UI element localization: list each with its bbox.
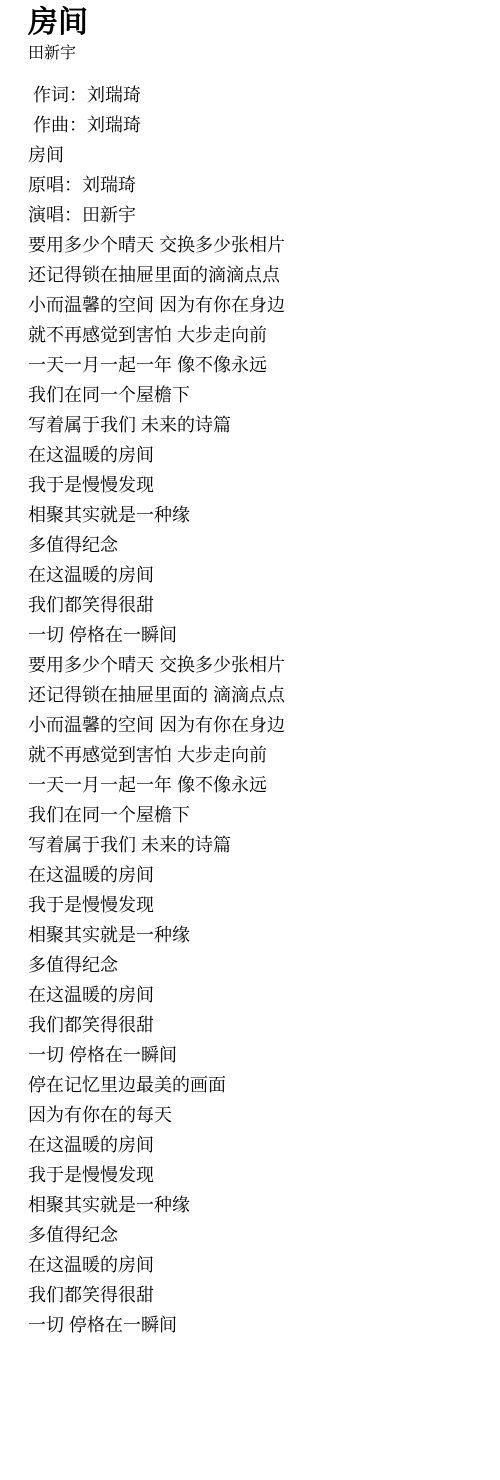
lyric-line: 还记得锁在抽屉里面的 滴滴点点: [28, 680, 480, 710]
lyric-line: 写着属于我们 未来的诗篇: [28, 410, 480, 440]
lyric-line: 我们都笑得很甜: [28, 1280, 480, 1310]
lyrics-block: 作词：刘瑞琦 作曲：刘瑞琦房间原唱：刘瑞琦演唱：田新宇要用多少个晴天 交换多少张…: [28, 80, 480, 1340]
lyric-line: 一切 停格在一瞬间: [28, 1310, 480, 1340]
lyric-line: 多值得纪念: [28, 1220, 480, 1250]
lyric-line: 我于是慢慢发现: [28, 890, 480, 920]
lyric-line: 我们都笑得很甜: [28, 590, 480, 620]
artist-name: 田新宇: [28, 44, 480, 64]
lyric-line: 我们都笑得很甜: [28, 1010, 480, 1040]
lyric-line: 相聚其实就是一种缘: [28, 920, 480, 950]
lyric-line: 就不再感觉到害怕 大步走向前: [28, 740, 480, 770]
lyric-line: 在这温暖的房间: [28, 440, 480, 470]
lyric-line: 我于是慢慢发现: [28, 470, 480, 500]
lyric-line: 演唱：田新宇: [28, 200, 480, 230]
lyric-line: 小而温馨的空间 因为有你在身边: [28, 290, 480, 320]
lyric-line: 相聚其实就是一种缘: [28, 500, 480, 530]
lyric-line: 原唱：刘瑞琦: [28, 170, 480, 200]
lyric-line: 在这温暖的房间: [28, 1130, 480, 1160]
lyric-line: 就不再感觉到害怕 大步走向前: [28, 320, 480, 350]
lyric-line: 作词：刘瑞琦: [28, 80, 480, 110]
lyric-line: 在这温暖的房间: [28, 860, 480, 890]
lyric-line: 多值得纪念: [28, 950, 480, 980]
lyric-line: 一天一月一起一年 像不像永远: [28, 770, 480, 800]
song-title: 房间: [28, 5, 480, 40]
lyric-line: 在这温暖的房间: [28, 560, 480, 590]
lyric-line: 我于是慢慢发现: [28, 1160, 480, 1190]
lyric-line: 一天一月一起一年 像不像永远: [28, 350, 480, 380]
lyrics-page: 房间 田新宇 作词：刘瑞琦 作曲：刘瑞琦房间原唱：刘瑞琦演唱：田新宇要用多少个晴…: [0, 0, 500, 1480]
lyric-line: 因为有你在的每天: [28, 1100, 480, 1130]
lyric-line: 作曲：刘瑞琦: [28, 110, 480, 140]
lyric-line: 要用多少个晴天 交换多少张相片: [28, 230, 480, 260]
lyric-line: 一切 停格在一瞬间: [28, 620, 480, 650]
lyric-line: 小而温馨的空间 因为有你在身边: [28, 710, 480, 740]
lyric-line: 一切 停格在一瞬间: [28, 1040, 480, 1070]
lyric-line: 写着属于我们 未来的诗篇: [28, 830, 480, 860]
lyric-line: 在这温暖的房间: [28, 980, 480, 1010]
lyric-line: 还记得锁在抽屉里面的滴滴点点: [28, 260, 480, 290]
lyric-line: 多值得纪念: [28, 530, 480, 560]
lyric-line: 在这温暖的房间: [28, 1250, 480, 1280]
lyric-line: 我们在同一个屋檐下: [28, 380, 480, 410]
lyric-line: 相聚其实就是一种缘: [28, 1190, 480, 1220]
lyric-line: 停在记忆里边最美的画面: [28, 1070, 480, 1100]
lyric-line: 要用多少个晴天 交换多少张相片: [28, 650, 480, 680]
lyric-line: 房间: [28, 140, 480, 170]
lyric-line: 我们在同一个屋檐下: [28, 800, 480, 830]
